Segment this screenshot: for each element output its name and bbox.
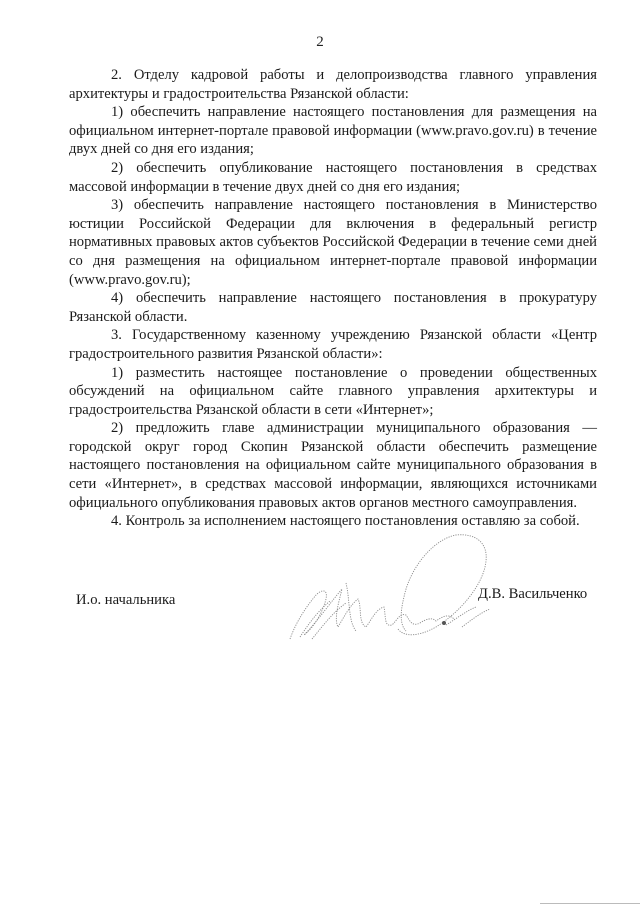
handwritten-signature-icon	[286, 527, 516, 647]
paragraph-item-2-3: 3) обеспечить направление настоящего пос…	[69, 196, 597, 289]
document-body: 2. Отделу кадровой работы и делопроизвод…	[69, 66, 597, 531]
scan-bottom-edge	[540, 903, 640, 904]
paragraph-item-2-1: 1) обеспечить направление настоящего пос…	[69, 103, 597, 159]
paragraph-item-2-2: 2) обеспечить опубликование настоящего п…	[69, 159, 597, 196]
document-page: 2 2. Отделу кадровой работы и делопроизв…	[0, 0, 640, 905]
paragraph-item-3: 3. Государственному казенному учреждению…	[69, 326, 597, 363]
paragraph-item-2: 2. Отделу кадровой работы и делопроизвод…	[69, 66, 597, 103]
paragraph-item-3-1: 1) разместить настоящее постановление о …	[69, 364, 597, 420]
signatory-position: И.о. начальника	[76, 592, 175, 609]
scan-edge-marks	[636, 830, 638, 870]
page-number: 2	[0, 34, 640, 51]
paragraph-item-2-4: 4) обеспечить направление настоящего пос…	[69, 289, 597, 326]
paragraph-item-3-2: 2) предложить главе администрации муници…	[69, 419, 597, 512]
